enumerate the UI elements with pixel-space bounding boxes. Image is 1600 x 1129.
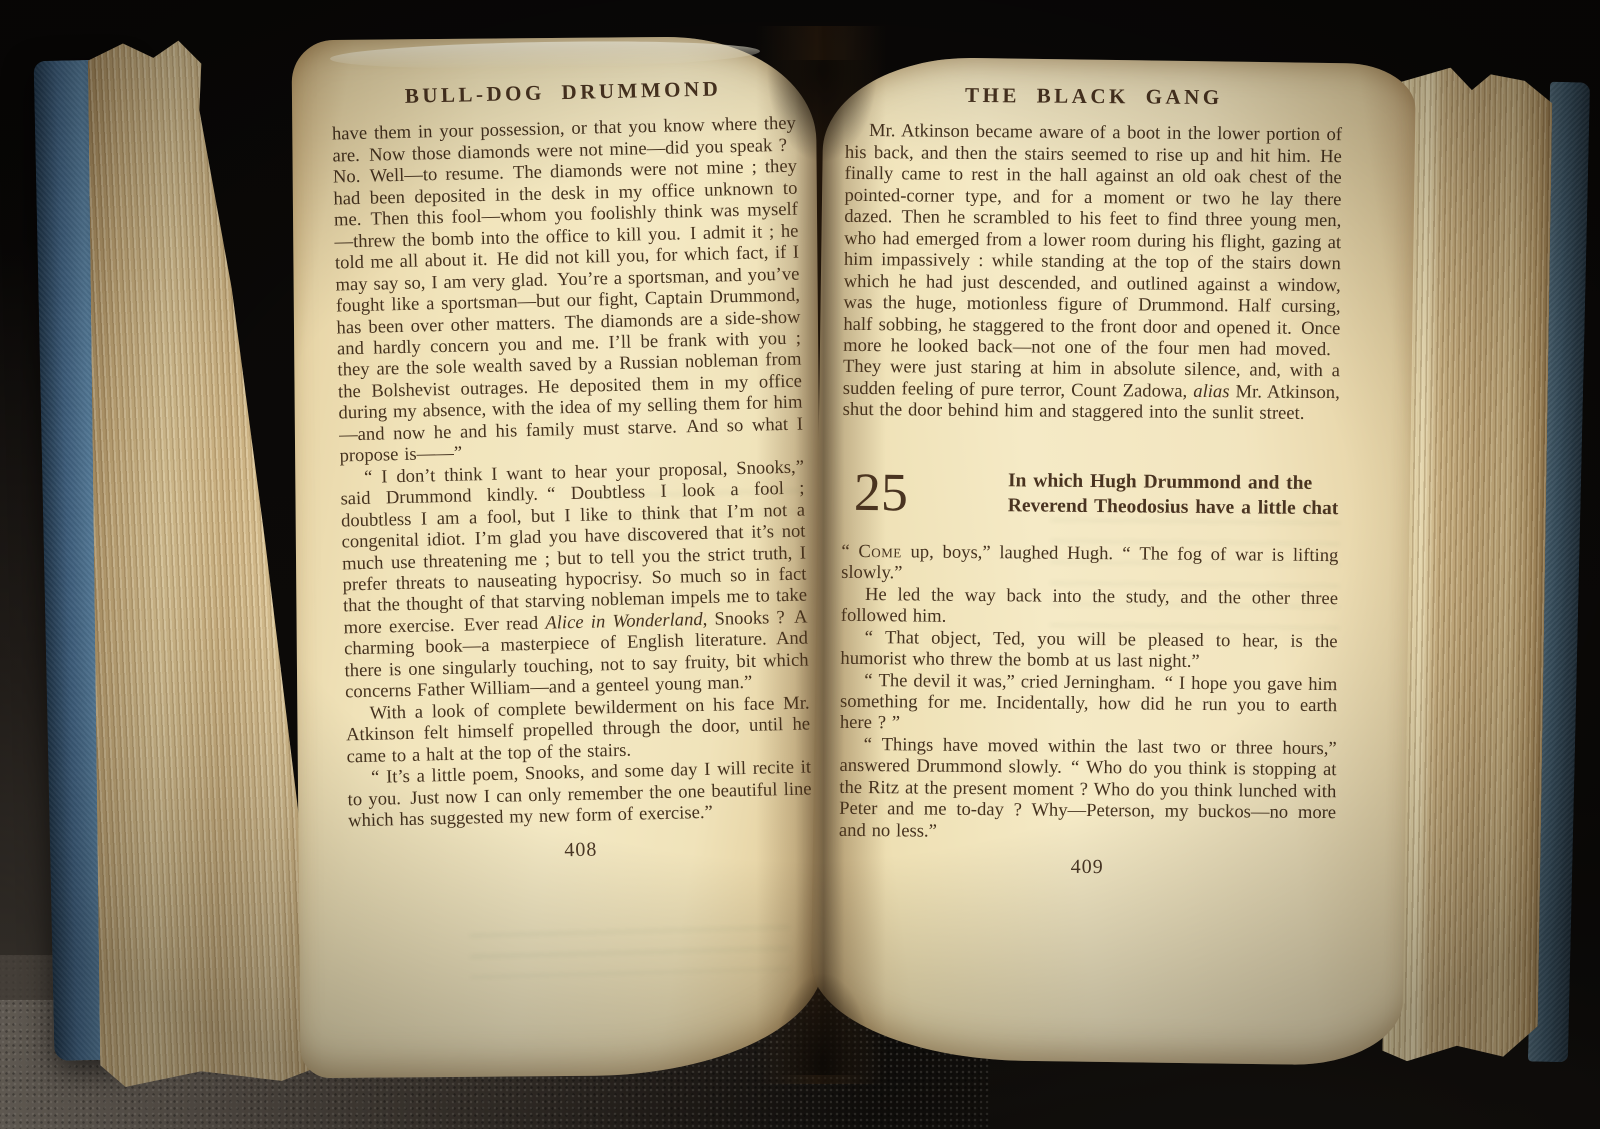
paragraph: “ The devil it was,” cried Jerningham. “… [840,669,1338,738]
paragraph: “ That object, Ted, you will be pleased … [840,626,1337,673]
paragraph: Mr. Atkinson became aware of a boot in t… [843,120,1343,425]
right-page-number: 409 [839,855,1336,881]
right-page-header: THE BLACK GANG [845,84,1342,110]
right-page-paragraphs-bottom: “ Come up, boys,” laughed Hugh. “ The fo… [839,541,1339,846]
book-photo: BULL-DOG DRUMMOND have them in your poss… [0,0,1600,1129]
gutter-shadow-top [762,60,882,170]
paragraph: “ It’s a little poem, Snooks, and some d… [347,757,812,832]
left-page-paragraphs: have them in your possession, or that yo… [332,113,813,832]
right-page-content: THE BLACK GANG Mr. Atkinson became aware… [839,84,1343,881]
chapter-title: In which Hugh Drummond and the Reverend … [1008,468,1339,521]
left-page-content: BULL-DOG DRUMMOND have them in your poss… [331,77,813,868]
paragraph: He led the way back into the study, and … [841,584,1338,631]
chapter-heading: 25 In which Hugh Drummond and the Revere… [842,467,1339,521]
paragraph: “ Things have moved within the last two … [839,734,1337,846]
paragraph: “ I don’t think I want to hear your prop… [340,456,809,703]
gutter-shadow-bottom [770,965,875,1075]
paragraph: “ Come up, boys,” laughed Hugh. “ The fo… [841,541,1338,588]
paragraph: have them in your possession, or that yo… [332,113,804,467]
right-page-paragraphs-top: Mr. Atkinson became aware of a boot in t… [843,120,1343,425]
paragraph: With a look of complete bewilderment on … [345,692,810,767]
book-gutter-shadow [756,26,886,1084]
